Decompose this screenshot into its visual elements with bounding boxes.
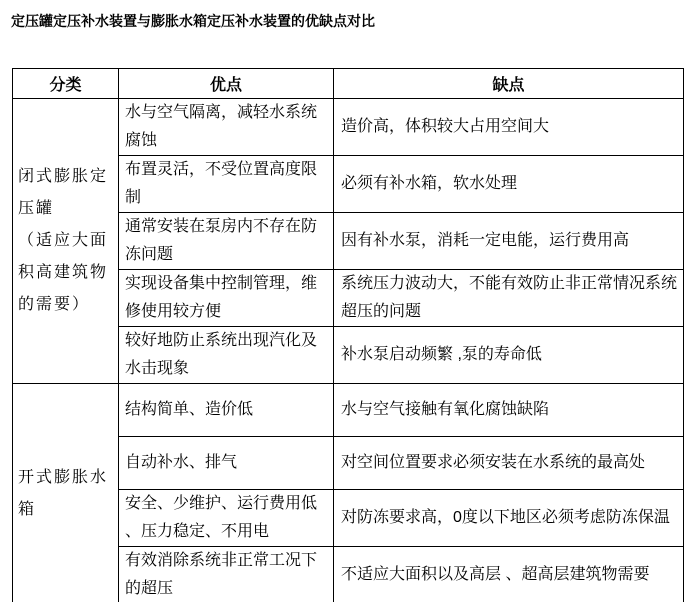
column-header-category: 分类 (13, 69, 119, 99)
page-title: 定压罐定压补水装置与膨胀水箱定压补水装置的优缺点对比 (11, 11, 375, 31)
disadvantage-cell: 水与空气接触有氧化腐蚀缺陷 (334, 384, 684, 437)
advantage-cell: 较好地防止系统出现汽化及 水击现象 (119, 327, 334, 384)
advantage-cell: 安全、少维护、运行费用低 、压力稳定、不用电 (119, 490, 334, 547)
advantage-cell: 通常安装在泵房内不存在防 冻问题 (119, 213, 334, 270)
advantage-cell: 水与空气隔离，减轻水系统 腐蚀 (119, 99, 334, 156)
advantage-cell: 实现设备集中控制管理，维 修使用较方便 (119, 270, 334, 327)
header-row: 分类 优点 缺点 (13, 69, 684, 99)
column-header-advantages: 优点 (119, 69, 334, 99)
disadvantage-cell: 补水泵启动频繁 ,泵的寿命低 (334, 327, 684, 384)
disadvantage-cell: 造价高，体积较大占用空间大 (334, 99, 684, 156)
category-cell: 闭式膨胀定 压罐 （适应大面 积高建筑物 的需要） (13, 99, 119, 384)
advantage-cell: 布置灵活，不受位置高度限 制 (119, 156, 334, 213)
column-header-disadvantages: 缺点 (334, 69, 684, 99)
disadvantage-cell: 必须有补水箱，软水处理 (334, 156, 684, 213)
category-cell: 开式膨胀水 箱 (13, 384, 119, 602)
advantage-cell: 结构简单、造价低 (119, 384, 334, 437)
table-row: 闭式膨胀定 压罐 （适应大面 积高建筑物 的需要）水与空气隔离，减轻水系统 腐蚀… (13, 99, 684, 156)
table-body: 闭式膨胀定 压罐 （适应大面 积高建筑物 的需要）水与空气隔离，减轻水系统 腐蚀… (13, 99, 684, 602)
table-row: 开式膨胀水 箱结构简单、造价低水与空气接触有氧化腐蚀缺陷 (13, 384, 684, 437)
advantage-cell: 自动补水、排气 (119, 437, 334, 490)
disadvantage-cell: 不适应大面积以及高层 、超高层建筑物需要 (334, 547, 684, 602)
disadvantage-cell: 对空间位置要求必须安装在水系统的最高处 (334, 437, 684, 490)
advantage-cell: 有效消除系统非正常工况下 的超压 (119, 547, 334, 602)
disadvantage-cell: 因有补水泵，消耗一定电能，运行费用高 (334, 213, 684, 270)
comparison-table: 分类 优点 缺点 闭式膨胀定 压罐 （适应大面 积高建筑物 的需要）水与空气隔离… (12, 68, 684, 602)
disadvantage-cell: 系统压力波动大，不能有效防止非正常情况系统 超压的问题 (334, 270, 684, 327)
disadvantage-cell: 对防冻要求高，0度以下地区必须考虑防冻保温 (334, 490, 684, 547)
